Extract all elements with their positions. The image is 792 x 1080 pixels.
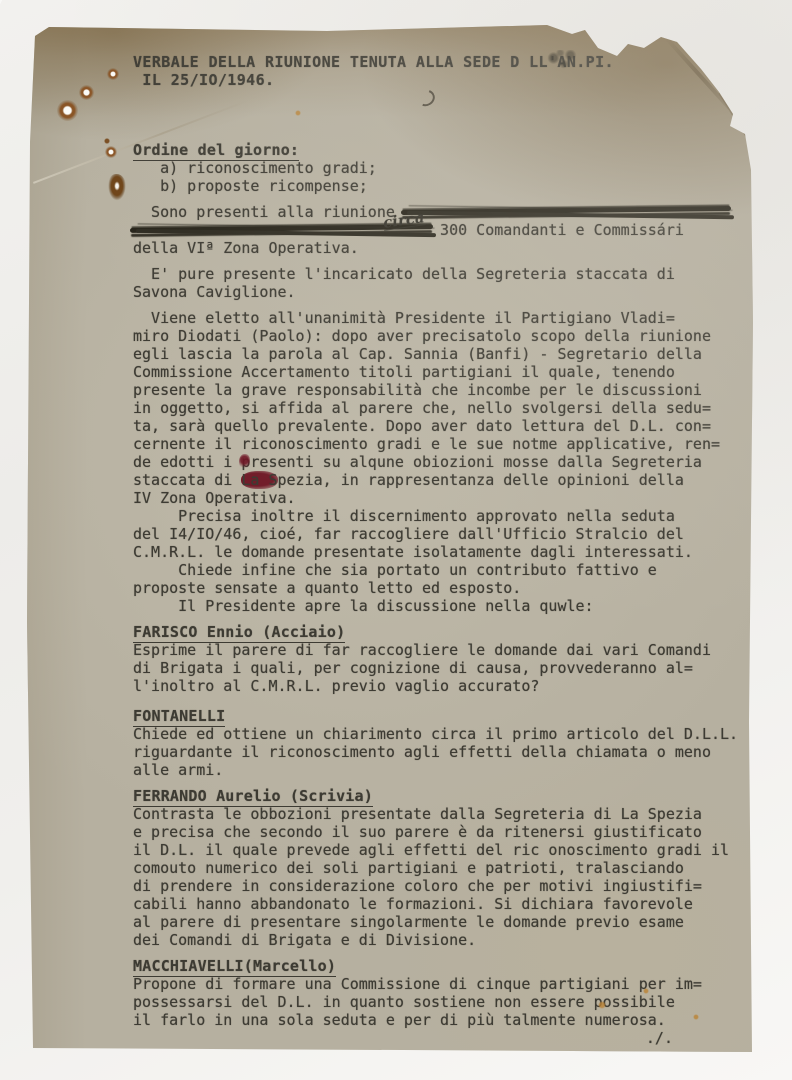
text-line: IV Zona Operativa.: [133, 489, 745, 507]
text-line: e precisa che secondo il suo parere è da…: [133, 823, 745, 841]
text-segment: il D.L. il quale prevede agli effetti de…: [133, 841, 729, 859]
text-line: cernente il riconoscimento gradi e le su…: [133, 435, 745, 453]
chiede-paragraph: Chiede infine che sia portato un contrib…: [133, 561, 745, 597]
text-segment: egli lascia la parola al Cap. Sannia (Ba…: [133, 345, 702, 363]
text-line: miro Diodati (Paolo): dopo aver precisat…: [133, 327, 745, 345]
text-line: C.M.R.L. le domande presentate isolatame…: [133, 543, 745, 561]
text-line: Sono presenti alla riunione: [133, 203, 745, 221]
text-segment: il farlo in una sola seduta e per di più…: [133, 1011, 666, 1029]
text-segment: possessarsi del D.L. in quanto sostiene …: [133, 993, 675, 1011]
text-line: FONTANELLI: [133, 707, 745, 725]
text-line: l'inoltro al C.M.R.L. previo vaglio accu…: [133, 677, 745, 695]
text-line: MACCHIAVELLI(Marcello): [133, 957, 745, 975]
text-segment: ta, sarà quello prevalente. Dopo aver da…: [133, 417, 711, 435]
text-line: in oggetto, si affida al parere che, nel…: [133, 399, 745, 417]
underlined-heading: FERRANDO Aurelio (Scrivia): [133, 787, 373, 807]
text-segment: proposte sensate a quanto letto ed espos…: [133, 579, 521, 597]
text-segment: Precisa inoltre il discernimento approva…: [133, 507, 675, 525]
text-segment: al parere di presentare singolarmente le…: [133, 913, 684, 931]
red-ink-correction: La S: [241, 471, 277, 489]
text-line: b) proposte ricompense;: [133, 177, 745, 195]
text-segment: VERBALE DELLA RIUNIONE TENUTA ALLA SEDE …: [133, 53, 614, 71]
speaker-farisco: FARISCO Ennio (Acciaio)Esprime il parere…: [133, 623, 745, 695]
text-segment: IV Zona Operativa.: [133, 489, 296, 507]
text-line: presente la grave responsabilità che inc…: [133, 381, 745, 399]
text-line: di Brigata i quali, per cognizione di ca…: [133, 659, 745, 677]
text-line: de edotti i presenti su alqune obiozioni…: [133, 453, 745, 471]
text-segment: comouto numerico dei soli partigiani e p…: [133, 859, 684, 877]
precisa-paragraph: Precisa inoltre il discernimento approva…: [133, 507, 745, 561]
text-segment: Sono presenti alla riunione: [133, 203, 404, 221]
text-segment: di Brigata i quali, per cognizione di ca…: [133, 659, 693, 677]
scanned-document-view: { "colors":{"paper":"#b6b0a0","ink":"#3d…: [0, 0, 792, 1080]
text-segment: Commissione Accertamento titoli partigia…: [133, 363, 675, 381]
text-line: Chiede infine che sia portato un contrib…: [133, 561, 745, 579]
staple-rust-hole: [105, 146, 117, 158]
text-segment: e precisa che secondo il suo parere è da…: [133, 823, 702, 841]
text-line: Chiede ed ottiene un chiarimento circa i…: [133, 725, 745, 743]
text-segment: E' pure presente l'incaricato della Segr…: [133, 265, 675, 283]
text-segment: Contrasta le obbozioni presentate dalla …: [133, 805, 702, 823]
text-line: cabili hanno abbandonato le formazioni. …: [133, 895, 745, 913]
rust-speck: [104, 138, 110, 144]
text-line: della VIª Zona Operativa.: [133, 239, 745, 257]
text-line: Precisa inoltre il discernimento approva…: [133, 507, 745, 525]
redacted-text: [404, 203, 729, 221]
presidente-line: Il Presidente apre la discussione nella …: [133, 597, 745, 615]
text-line: dei Comandi di Brigata e di Divisione.: [133, 931, 745, 949]
text-line: al parere di presentare singolarmente le…: [133, 913, 745, 931]
text-segment: b) proposte ricompense;: [133, 177, 368, 195]
text-line: di prendere in considerazione coloro che…: [133, 877, 745, 895]
text-line: alle armi.: [133, 761, 745, 779]
document-page: VERBALE DELLA RIUNIONE TENUTA ALLA SEDE …: [27, 22, 753, 1052]
text-segment: riguardante il riconoscimento agli effet…: [133, 743, 711, 761]
text-line: Contrasta le obbozioni presentate dalla …: [133, 805, 745, 823]
text-line: E' pure presente l'incaricato della Segr…: [133, 265, 745, 283]
attendance-paragraph-2: E' pure presente l'incaricato della Segr…: [133, 265, 745, 301]
continuation-mark: ./.: [133, 1029, 745, 1047]
text-line: IL 25/IO/1946.: [133, 71, 745, 89]
text-line: Propone di formare una Commissione di ci…: [133, 975, 745, 993]
text-segment: in oggetto, si affida al parere che, nel…: [133, 399, 711, 417]
text-line: VERBALE DELLA RIUNIONE TENUTA ALLA SEDE …: [133, 53, 745, 71]
text-line: il farlo in una sola seduta e per di più…: [133, 1011, 745, 1029]
text-line: ta, sarà quello prevalente. Dopo aver da…: [133, 417, 745, 435]
text-segment: del I4/IO/46, cioé, far raccogliere dall…: [133, 525, 684, 543]
text-line: Il Presidente apre la discussione nella …: [133, 597, 745, 615]
text-segment: Propone di formare una Commissione di ci…: [133, 975, 702, 993]
attendance-paragraph: Sono presenti alla riunione circa 300 Co…: [133, 203, 745, 257]
text-line: Esprime il parere di far raccogliere le …: [133, 641, 745, 659]
text-line: Savona Caviglione.: [133, 283, 745, 301]
text-segment: a) riconoscimento gradi;: [133, 159, 377, 177]
text-segment: Il Presidente apre la discussione nella …: [133, 597, 594, 615]
speaker-macchiavelli: MACCHIAVELLI(Marcello)Propone di formare…: [133, 957, 745, 1029]
text-segment: pezia, in rappresentanza delle opinioni …: [278, 471, 684, 489]
underlined-heading: FARISCO Ennio (Acciaio): [133, 623, 345, 643]
staple-rust-hole: [107, 68, 119, 80]
text-segment: Viene eletto all'unanimità Presidente il…: [133, 309, 675, 327]
title-block: VERBALE DELLA RIUNIONE TENUTA ALLA SEDE …: [133, 53, 745, 89]
typewritten-text: VERBALE DELLA RIUNIONE TENUTA ALLA SEDE …: [133, 53, 745, 1047]
underlined-heading: MACCHIAVELLI(Marcello): [133, 957, 336, 977]
text-line: riguardante il riconoscimento agli effet…: [133, 743, 745, 761]
text-segment: IL 25/IO/1946.: [133, 71, 274, 89]
text-segment: Chiede ed ottiene un chiarimento circa i…: [133, 725, 738, 743]
election-paragraph: Viene eletto all'unanimità Presidente il…: [133, 309, 745, 507]
text-segment: miro Diodati (Paolo): dopo aver precisat…: [133, 327, 711, 345]
staple-rust-hole: [79, 85, 94, 100]
text-line: Commissione Accertamento titoli partigia…: [133, 363, 745, 381]
text-segment: 300 Comandanti e Commissári: [431, 221, 684, 239]
text-line: circa 300 Comandanti e Commissári: [133, 221, 745, 239]
staple-rust-hole: [57, 100, 78, 121]
agenda-block: Ordine del giorno: a) riconoscimento gra…: [133, 141, 745, 195]
text-segment: Esprime il parere di far raccogliere le …: [133, 641, 711, 659]
speaker-fontanelli: FONTANELLIChiede ed ottiene un chiarimen…: [133, 707, 745, 779]
text-segment: dei Comandi di Brigata e di Divisione.: [133, 931, 476, 949]
text-line: FERRANDO Aurelio (Scrivia): [133, 787, 745, 805]
text-line: del I4/IO/46, cioé, far raccogliere dall…: [133, 525, 745, 543]
text-line: possessarsi del D.L. in quanto sostiene …: [133, 993, 745, 1011]
text-segment: l'inoltro al C.M.R.L. previo vaglio accu…: [133, 677, 539, 695]
text-line: il D.L. il quale prevede agli effetti de…: [133, 841, 745, 859]
text-line: egli lascia la parola al Cap. Sannia (Ba…: [133, 345, 745, 363]
dark-speck: [741, 88, 745, 92]
speaker-ferrando: FERRANDO Aurelio (Scrivia)Contrasta le o…: [133, 787, 745, 949]
text-segment: de edotti i presenti su alqune obiozioni…: [133, 453, 702, 471]
text-line: FARISCO Ennio (Acciaio): [133, 623, 745, 641]
text-segment: C.M.R.L. le domande presentate isolatame…: [133, 543, 693, 561]
text-segment: ./.: [646, 1029, 673, 1047]
text-segment: di prendere in considerazione coloro che…: [133, 877, 702, 895]
text-segment: alle armi.: [133, 761, 223, 779]
text-line: proposte sensate a quanto letto ed espos…: [133, 579, 745, 597]
text-segment: Chiede infine che sia portato un contrib…: [133, 561, 657, 579]
text-line: a) riconoscimento gradi;: [133, 159, 745, 177]
text-segment: presente la grave responsabilità che inc…: [133, 381, 702, 399]
text-line: Viene eletto all'unanimità Presidente il…: [133, 309, 745, 327]
rust-stain: [107, 174, 127, 204]
text-line: comouto numerico dei soli partigiani e p…: [133, 859, 745, 877]
text-line: ./.: [133, 1029, 673, 1047]
text-segment: cernente il riconoscimento gradi e le su…: [133, 435, 720, 453]
text-segment: cabili hanno abbandonato le formazioni. …: [133, 895, 693, 913]
dark-speck: [736, 60, 741, 65]
text-line: staccata di La Spezia, in rappresentanza…: [133, 471, 745, 489]
text-line: Ordine del giorno:: [133, 141, 745, 159]
underlined-heading: FONTANELLI: [133, 707, 225, 727]
underlined-heading: Ordine del giorno:: [133, 141, 299, 161]
text-segment: Savona Caviglione.: [133, 283, 296, 301]
text-segment: staccata di: [133, 471, 241, 489]
text-segment: della VIª Zona Operativa.: [133, 239, 359, 257]
